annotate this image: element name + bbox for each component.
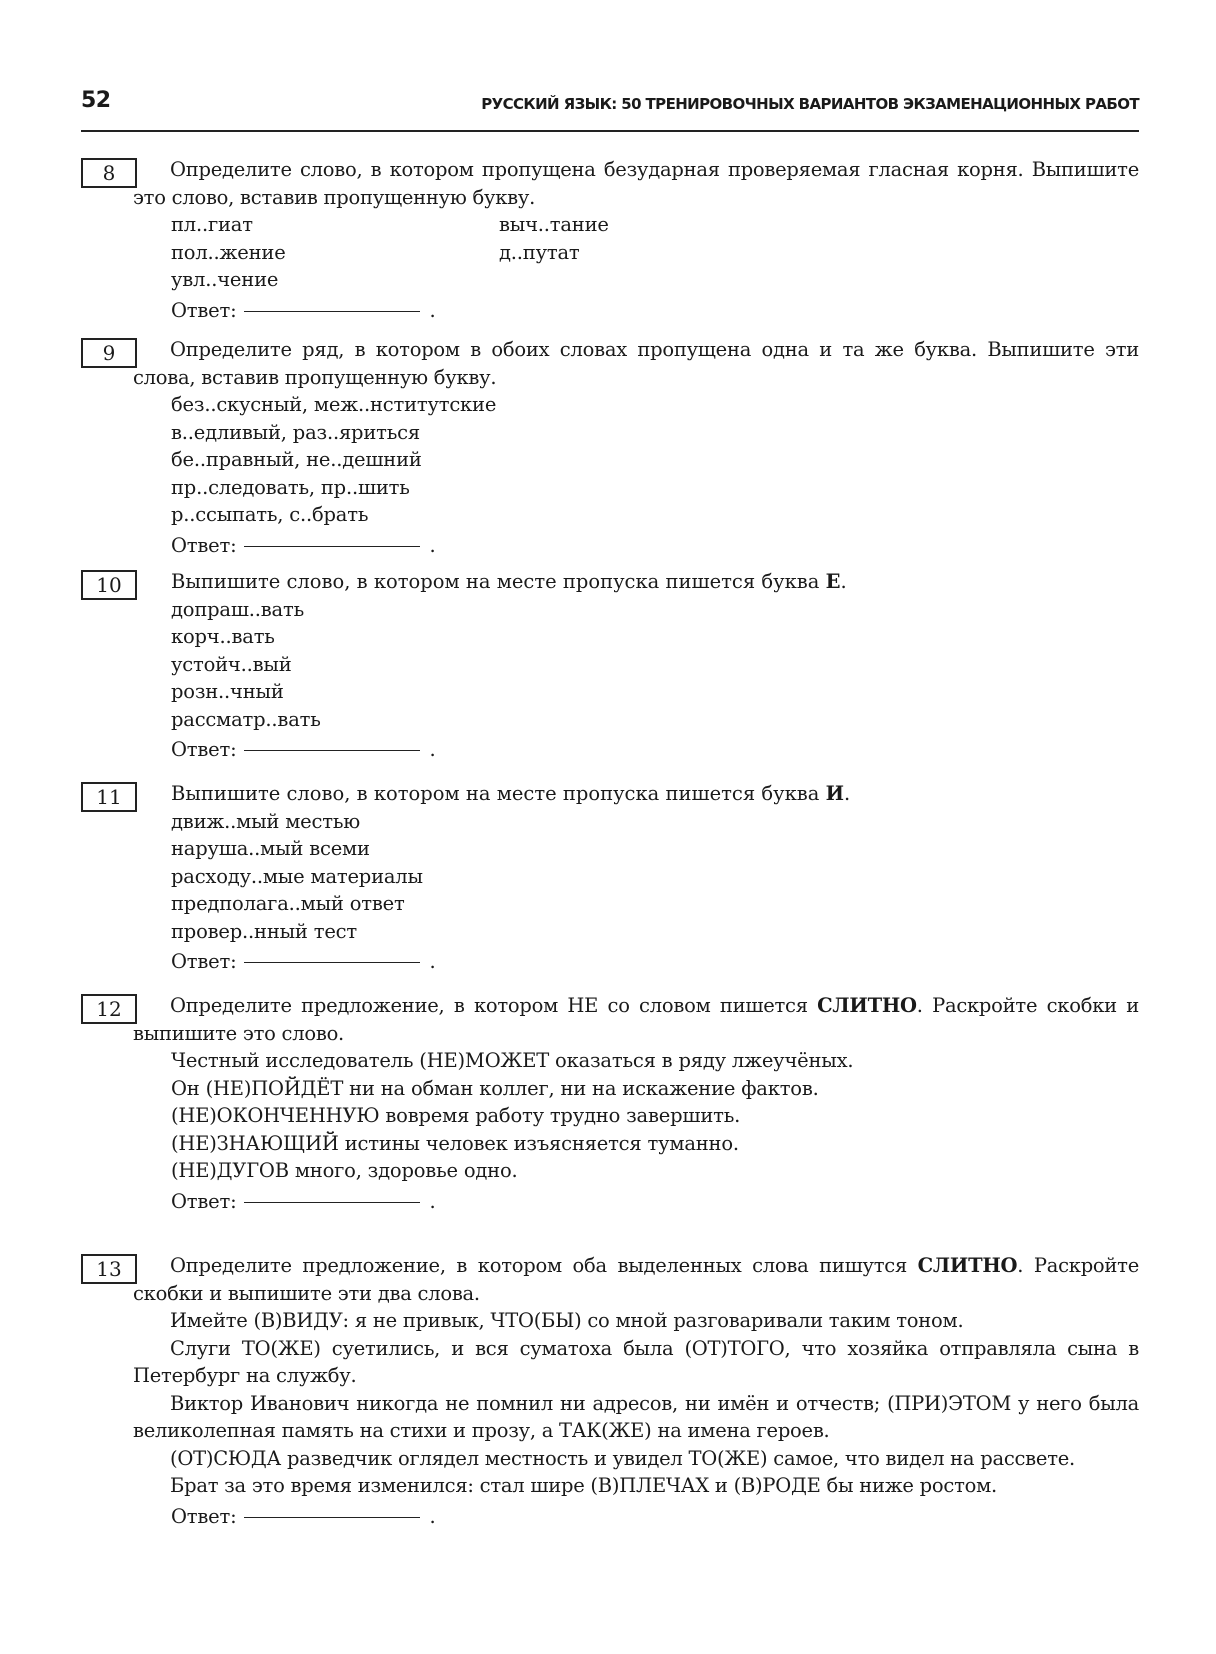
task-body: Выпишите слово, в котором на месте пропу… xyxy=(171,780,1139,976)
option: пл..гиат xyxy=(171,211,499,239)
option: выч..тание xyxy=(499,211,1139,239)
option: пол..жение xyxy=(171,239,499,267)
option: д..путат xyxy=(499,239,1139,267)
task-options: движ..мый местью наруша..мый всеми расхо… xyxy=(171,808,1139,946)
page-number: 52 xyxy=(81,88,111,113)
answer-period: . xyxy=(429,532,435,560)
task-number-box: 9 xyxy=(81,338,137,368)
option: рассматр..вать xyxy=(171,706,1139,734)
answer-label: Ответ: xyxy=(171,1503,236,1531)
option: увл..чение xyxy=(171,266,499,294)
prompt-text: Выпишите слово, в котором на месте пропу… xyxy=(171,570,826,593)
option: (НЕ)ДУГОВ много, здоровье одно. xyxy=(171,1157,1139,1185)
prompt-end: . xyxy=(840,570,846,593)
task-prompt: Определите ряд, в котором в обоих словах… xyxy=(133,336,1139,391)
answer-row: Ответ: . xyxy=(171,532,1139,560)
answer-period: . xyxy=(429,297,435,325)
option: наруша..мый всеми xyxy=(171,835,1139,863)
answer-period: . xyxy=(429,736,435,764)
answer-field[interactable] xyxy=(244,750,420,751)
answer-field[interactable] xyxy=(244,962,420,963)
task-number-box: 10 xyxy=(81,570,137,600)
answer-row: Ответ: . xyxy=(171,1188,1139,1216)
options-column-2: выч..тание д..путат xyxy=(499,211,1139,294)
prompt-text: Выпишите слово, в котором на месте пропу… xyxy=(171,782,826,805)
option: Честный исследователь (НЕ)МОЖЕТ оказатьс… xyxy=(171,1047,1139,1075)
answer-label: Ответ: xyxy=(171,1188,236,1216)
answer-period: . xyxy=(429,948,435,976)
task-11: 11 Выпишите слово, в котором на месте пр… xyxy=(81,780,1139,976)
task-options: Имейте (В)ВИДУ: я не привык, ЧТО(БЫ) со … xyxy=(171,1307,1139,1500)
option: в..едливый, раз..яриться xyxy=(171,419,1139,447)
answer-period: . xyxy=(429,1188,435,1216)
task-number-box: 12 xyxy=(81,994,137,1024)
option: пр..следовать, пр..шить xyxy=(171,474,1139,502)
option: Брат за это время изменился: стал шире (… xyxy=(133,1472,1139,1500)
answer-field[interactable] xyxy=(244,1517,420,1518)
task-8: 8 Определите слово, в котором пропущена … xyxy=(81,156,1139,324)
option: (ОТ)СЮДА разведчик оглядел местность и у… xyxy=(133,1445,1139,1473)
prompt-bold-letter: Е xyxy=(826,570,841,593)
prompt-bold-letter: И xyxy=(826,782,844,805)
prompt-text: Определите предложение, в котором оба вы… xyxy=(170,1254,918,1277)
prompt-bold-word: СЛИТНО xyxy=(817,994,917,1017)
option: Он (НЕ)ПОЙДЁТ ни на обман коллег, ни на … xyxy=(171,1075,1139,1103)
book-title: РУССКИЙ ЯЗЫК: 50 ТРЕНИРОВОЧНЫХ ВАРИАНТОВ… xyxy=(481,95,1139,113)
option: (НЕ)ОКОНЧЕННУЮ вовремя работу трудно зав… xyxy=(171,1102,1139,1130)
task-body: Определите слово, в котором пропущена бе… xyxy=(171,156,1139,324)
answer-row: Ответ: . xyxy=(171,736,1139,764)
answer-period: . xyxy=(429,1503,435,1531)
option: расходу..мые материалы xyxy=(171,863,1139,891)
task-10: 10 Выпишите слово, в котором на месте пр… xyxy=(81,568,1139,764)
option: движ..мый местью xyxy=(171,808,1139,836)
task-body: Определите предложение, в котором НЕ со … xyxy=(171,992,1139,1215)
answer-row: Ответ: . xyxy=(171,1503,1139,1531)
task-options: без..скусный, меж..нститутские в..едливы… xyxy=(171,391,1139,529)
option: без..скусный, меж..нститутские xyxy=(171,391,1139,419)
option: устойч..вый xyxy=(171,651,1139,679)
task-number-box: 8 xyxy=(81,158,137,188)
prompt-text: Определите предложение, в котором НЕ со … xyxy=(170,994,817,1017)
task-12: 12 Определите предложение, в котором НЕ … xyxy=(81,992,1139,1215)
prompt-bold-word: СЛИТНО xyxy=(918,1254,1018,1277)
prompt-end: . xyxy=(844,782,850,805)
task-options: пл..гиат пол..жение увл..чение выч..тани… xyxy=(171,211,1139,294)
task-body: Определите ряд, в котором в обоих словах… xyxy=(171,336,1139,559)
option: корч..вать xyxy=(171,623,1139,651)
task-prompt: Определите слово, в котором пропущена бе… xyxy=(133,156,1139,211)
task-number-box: 13 xyxy=(81,1254,137,1284)
answer-label: Ответ: xyxy=(171,297,236,325)
task-9: 9 Определите ряд, в котором в обоих слов… xyxy=(81,336,1139,559)
option: (НЕ)ЗНАЮЩИЙ истины человек изъясняется т… xyxy=(171,1130,1139,1158)
task-prompt: Определите предложение, в котором оба вы… xyxy=(133,1252,1139,1307)
task-body: Выпишите слово, в котором на месте пропу… xyxy=(171,568,1139,764)
option: розн..чный xyxy=(171,678,1139,706)
answer-row: Ответ: . xyxy=(171,948,1139,976)
answer-field[interactable] xyxy=(244,546,420,547)
answer-label: Ответ: xyxy=(171,736,236,764)
task-prompt: Определите предложение, в котором НЕ со … xyxy=(133,992,1139,1047)
option: Виктор Иванович никогда не помнил ни адр… xyxy=(133,1390,1139,1445)
answer-label: Ответ: xyxy=(171,948,236,976)
task-options: Честный исследователь (НЕ)МОЖЕТ оказатьс… xyxy=(171,1047,1139,1185)
option: допраш..вать xyxy=(171,596,1139,624)
task-body: Определите предложение, в котором оба вы… xyxy=(171,1252,1139,1530)
option: Имейте (В)ВИДУ: я не привык, ЧТО(БЫ) со … xyxy=(133,1307,1139,1335)
answer-field[interactable] xyxy=(244,311,420,312)
option: Слуги ТО(ЖЕ) суетились, и вся суматоха б… xyxy=(133,1335,1139,1390)
task-13: 13 Определите предложение, в котором оба… xyxy=(81,1252,1139,1530)
task-number-box: 11 xyxy=(81,782,137,812)
task-prompt: Выпишите слово, в котором на месте пропу… xyxy=(171,780,1139,808)
answer-row: Ответ: . xyxy=(171,297,1139,325)
answer-field[interactable] xyxy=(244,1202,420,1203)
options-column-1: пл..гиат пол..жение увл..чение xyxy=(171,211,499,294)
answer-label: Ответ: xyxy=(171,532,236,560)
task-prompt: Выпишите слово, в котором на месте пропу… xyxy=(171,568,1139,596)
task-options: допраш..вать корч..вать устойч..вый розн… xyxy=(171,596,1139,734)
page-header: 52 РУССКИЙ ЯЗЫК: 50 ТРЕНИРОВОЧНЫХ ВАРИАН… xyxy=(81,84,1139,132)
option: бе..правный, не..дешний xyxy=(171,446,1139,474)
option: провер..нный тест xyxy=(171,918,1139,946)
option: предполага..мый ответ xyxy=(171,890,1139,918)
option: р..ссыпать, с..брать xyxy=(171,501,1139,529)
